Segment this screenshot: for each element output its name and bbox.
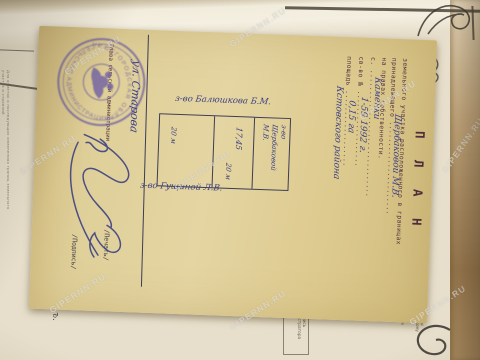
scene: Для отметок о последующих изменениях гра… [0,0,480,360]
street-name-label: ул. Старова [128,59,144,134]
signature-flourish [55,127,145,265]
handwritten-area-value: 0,15 га [346,99,357,134]
photo-of-land-plan-document: Для отметок о последующих изменениях гра… [0,0,480,360]
plot-width-dimension: 20 м [169,126,178,144]
plot-divider-line [252,117,256,188]
plot-owner-label: Щербаковой [269,123,279,171]
plot-divider-line [212,116,216,187]
form-margin-caption: Для отметок о последующих изменениях гра… [1,70,10,212]
plot-owner-label: з-во [279,124,287,140]
plot-owner-label: М.В. [261,123,270,141]
plot-width-dimension: 20 м [224,162,233,180]
corner-flourish-ornament [414,0,476,40]
plot-length-dimension: 17,45 [234,126,244,150]
page-stack-edge [450,0,480,360]
form-edge-line-left [0,49,34,51]
eagle-emblem-icon [90,64,115,99]
neighbor-left-label: з-во Балюшкова Б.М. [175,93,272,106]
